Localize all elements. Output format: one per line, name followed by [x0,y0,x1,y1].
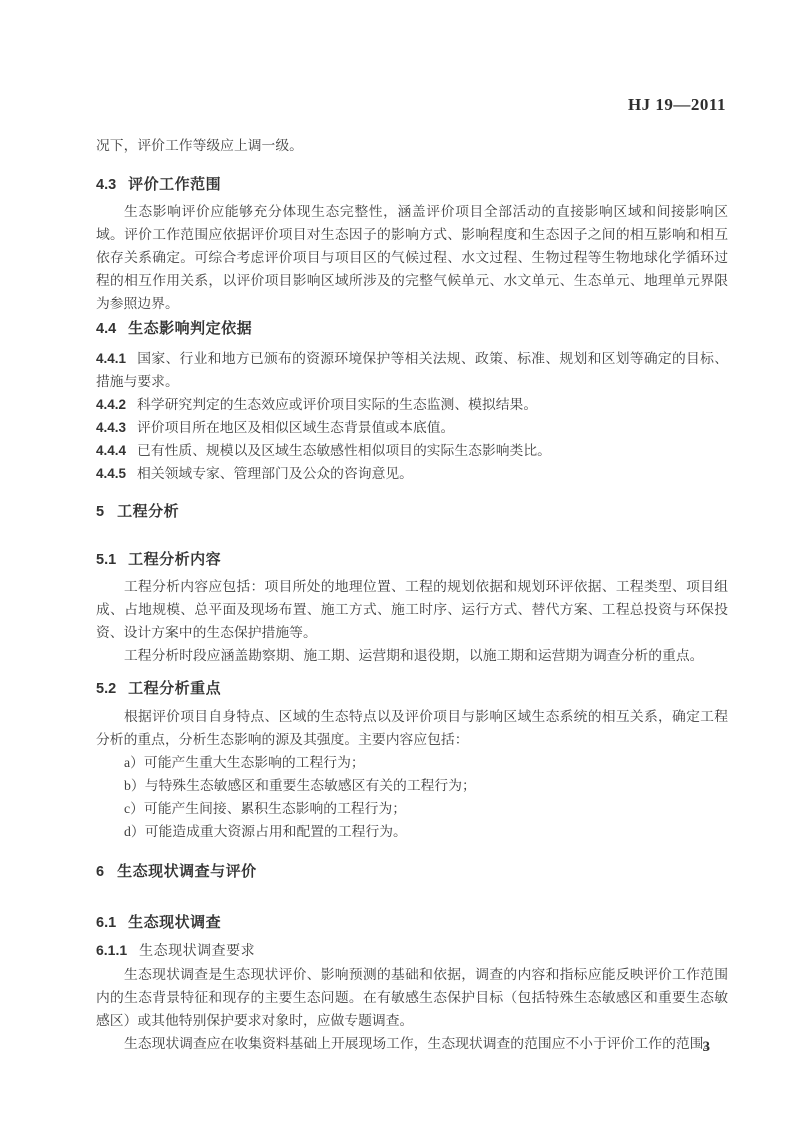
heading-6-1-1: 6.1.1生态现状调查要求 [96,939,728,963]
list-item: c）可能产生间接、累积生态影响的工程行为； [96,797,728,820]
clause-4-4-3: 4.4.3评价项目所在地区及相似区域生态背景值或本底值。 [96,416,728,439]
paragraph: 工程分析时段应涵盖勘察期、施工期、运营期和退役期，以施工期和运营期为调查分析的重… [96,644,728,667]
heading-5-2: 5.2工程分析重点 [96,677,728,701]
standard-number-header: HJ 19—2011 [628,95,726,114]
heading-number: 6.1 [96,915,116,931]
text-line: 资、设计方案中的生态保护措施等。 [96,621,728,644]
heading-5: 5工程分析 [96,500,728,524]
text-line: 4.4.2科学研究判定的生态效应或评价项目实际的生态监测、模拟结果。 [96,393,728,416]
text-line: 况下，评价工作等级应上调一级。 [96,134,728,157]
clause-text: 国家、行业和地方已颁布的资源环境保护等相关法规、政策、标准、规划和区划等确定的目… [137,351,728,366]
text-line: 根据评价项目自身特点、区域的生态特点以及评价项目与影响区域生态系统的相互关系，确… [96,705,728,728]
text-line: 工程分析内容应包括：项目所处的地理位置、工程的规划依据和规划环评依据、工程类型、… [96,575,728,598]
document-page: HJ 19—2011 况下，评价工作等级应上调一级。4.3评价工作范围生态影响评… [0,0,800,1132]
paragraph: 生态影响评价应能够充分体现生态完整性，涵盖评价项目全部活动的直接影响区域和间接影… [96,200,728,315]
clause-text: 评价项目所在地区及相似区域生态背景值或本底值。 [137,420,454,435]
heading-4-3: 4.3评价工作范围 [96,173,728,197]
text-line: 生态现状调查是生态现状评价、影响预测的基础和依据，调查的内容和指标应能反映评价工… [96,963,728,986]
text-line: 4.4.4已有性质、规模以及区域生态敏感性相似项目的实际生态影响类比。 [96,439,728,462]
text-line: 措施与要求。 [96,370,728,393]
text-line: 域。评价工作范围应依据评价项目对生态因子的影响方式、影响程度和生态因子之间的相互… [96,223,728,246]
clause-text: 科学研究判定的生态效应或评价项目实际的生态监测、模拟结果。 [137,397,537,412]
text-line: 为参照边界。 [96,292,728,315]
paragraph: 生态现状调查应在收集资料基础上开展现场工作，生态现状调查的范围应不小于评价工作的… [96,1032,728,1055]
list-item: d）可能造成重大资源占用和配置的工程行为。 [96,820,728,843]
clause-4-4-1: 4.4.1国家、行业和地方已颁布的资源环境保护等相关法规、政策、标准、规划和区划… [96,347,728,393]
paragraph: 况下，评价工作等级应上调一级。 [96,134,728,157]
heading-5-1: 5.1工程分析内容 [96,548,728,572]
heading-number: 5.2 [96,681,116,697]
text-line: 分析的重点，分析生态影响的源及其强度。主要内容应包括： [96,728,728,751]
heading-number: 5.1 [96,552,116,568]
list-item: b）与特殊生态敏感区和重要生态敏感区有关的工程行为； [96,774,728,797]
heading-4-4: 4.4生态影响判定依据 [96,317,728,341]
text-line: 工程分析时段应涵盖勘察期、施工期、运营期和退役期，以施工期和运营期为调查分析的重… [96,644,728,667]
text-line: 4.4.5相关领域专家、管理部门及公众的咨询意见。 [96,462,728,485]
clause-4-4-4: 4.4.4已有性质、规模以及区域生态敏感性相似项目的实际生态影响类比。 [96,439,728,462]
heading-title: 工程分析 [117,503,179,520]
paragraph: 生态现状调查是生态现状评价、影响预测的基础和依据，调查的内容和指标应能反映评价工… [96,963,728,1032]
text-line: 4.4.3评价项目所在地区及相似区域生态背景值或本底值。 [96,416,728,439]
heading-number: 4.3 [96,177,116,193]
heading-title: 生态现状调查要求 [139,944,255,959]
text-line: 生态现状调查应在收集资料基础上开展现场工作，生态现状调查的范围应不小于评价工作的… [96,1032,728,1055]
document-body: 况下，评价工作等级应上调一级。4.3评价工作范围生态影响评价应能够充分体现生态完… [96,134,728,1055]
clause-text: 已有性质、规模以及区域生态敏感性相似项目的实际生态影响类比。 [137,443,551,458]
heading-number: 6 [96,864,104,880]
text-line: 程的相互作用关系，以评价项目影响区域所涉及的完整气候单元、水文单元、生态单元、地… [96,269,728,292]
clause-number: 4.4.2 [96,397,126,412]
text-line: 生态影响评价应能够充分体现生态完整性，涵盖评价项目全部活动的直接影响区域和间接影… [96,200,728,223]
clause-number: 4.4.4 [96,443,126,458]
heading-number: 5 [96,504,104,520]
text-line: a）可能产生重大生态影响的工程行为； [96,751,728,774]
list-item: a）可能产生重大生态影响的工程行为； [96,751,728,774]
heading-title: 工程分析重点 [128,680,221,697]
text-line: 感区）或其他特别保护要求对象时，应做专题调查。 [96,1009,728,1032]
text-line: 内的生态背景特征和现存的主要生态问题。在有敏感生态保护目标（包括特殊生态敏感区和… [96,986,728,1009]
heading-title: 工程分析内容 [128,551,221,568]
clause-text: 相关领域专家、管理部门及公众的咨询意见。 [137,466,413,481]
heading-number: 6.1.1 [96,942,127,958]
paragraph: 工程分析内容应包括：项目所处的地理位置、工程的规划依据和规划环评依据、工程类型、… [96,575,728,644]
clause-4-4-2: 4.4.2科学研究判定的生态效应或评价项目实际的生态监测、模拟结果。 [96,393,728,416]
heading-title: 生态现状调查与评价 [117,863,257,880]
text-line: 4.4.1国家、行业和地方已颁布的资源环境保护等相关法规、政策、标准、规划和区划… [96,347,728,370]
clause-number: 4.4.5 [96,466,126,481]
clause-4-4-5: 4.4.5相关领域专家、管理部门及公众的咨询意见。 [96,462,728,485]
heading-6-1: 6.1生态现状调查 [96,911,728,935]
heading-title: 评价工作范围 [128,176,221,193]
text-line: 依存关系确定。可综合考虑评价项目与项目区的气候过程、水文过程、生物过程等生物地球… [96,246,728,269]
text-line: c）可能产生间接、累积生态影响的工程行为； [96,797,728,820]
page-number: 3 [703,1036,711,1059]
heading-title: 生态影响判定依据 [128,320,252,337]
paragraph: 根据评价项目自身特点、区域的生态特点以及评价项目与影响区域生态系统的相互关系，确… [96,705,728,751]
heading-title: 生态现状调查 [128,914,221,931]
heading-6: 6生态现状调查与评价 [96,860,728,884]
text-line: d）可能造成重大资源占用和配置的工程行为。 [96,820,728,843]
text-line: 成、占地规模、总平面及现场布置、施工方式、施工时序、运行方式、替代方案、工程总投… [96,598,728,621]
heading-number: 4.4 [96,321,116,337]
clause-number: 4.4.1 [96,351,126,366]
text-line: b）与特殊生态敏感区和重要生态敏感区有关的工程行为； [96,774,728,797]
clause-number: 4.4.3 [96,420,126,435]
